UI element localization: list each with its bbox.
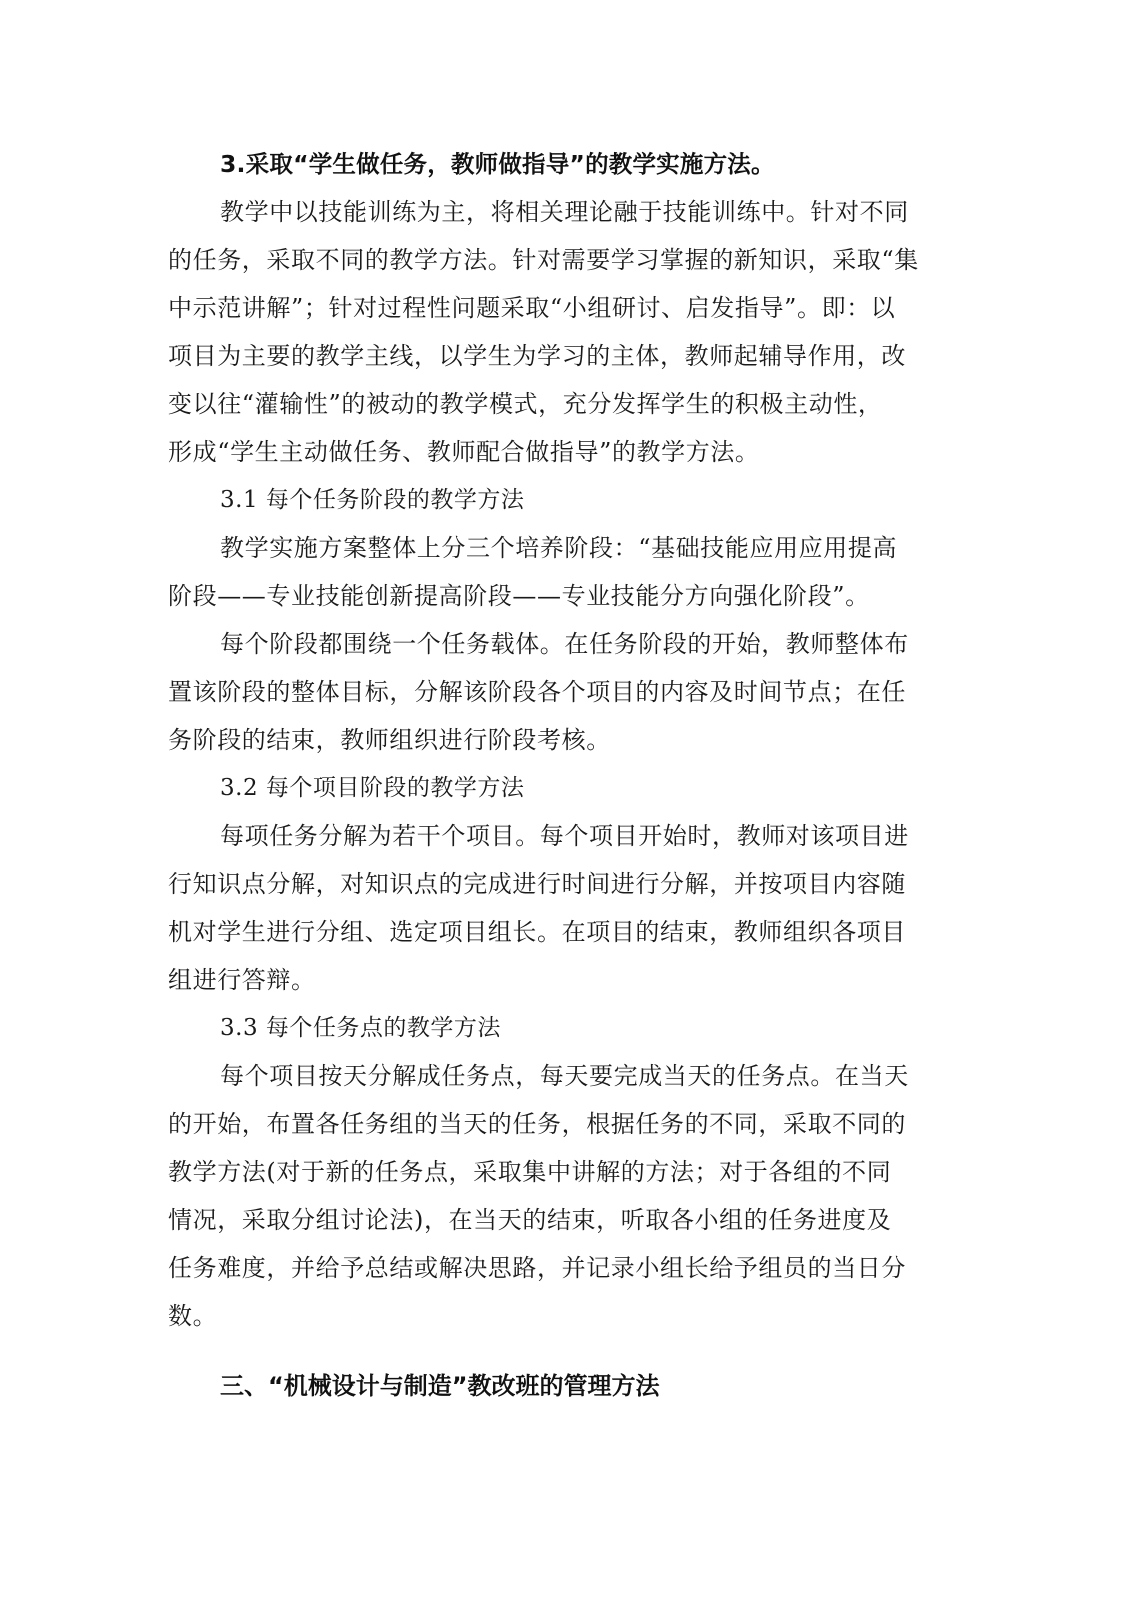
paragraph-line: 的任务，采取不同的教学方法。针对需要学习掌握的新知识，采取“集	[168, 236, 942, 284]
paragraph-line: 务阶段的结束，教师组织进行阶段考核。	[168, 716, 942, 764]
document-page: 3.采取“学生做任务，教师做指导”的教学实施方法。 教学中以技能训练为主，将相关…	[168, 140, 942, 1410]
subheading-3-3: 3.3 每个任务点的教学方法	[168, 1004, 942, 1052]
paragraph-line: 任务难度，并给予总结或解决思路，并记录小组长给予组员的当日分	[168, 1244, 942, 1292]
paragraph-line: 变以往“灌输性”的被动的教学模式，充分发挥学生的积极主动性，	[168, 380, 942, 428]
paragraph-line: 每个项目按天分解成任务点，每天要完成当天的任务点。在当天	[168, 1052, 942, 1100]
subheading-3-1: 3.1 每个任务阶段的教学方法	[168, 476, 942, 524]
paragraph-line: 置该阶段的整体目标，分解该阶段各个项目的内容及时间节点；在任	[168, 668, 942, 716]
paragraph-line: 每项任务分解为若干个项目。每个项目开始时，教师对该项目进	[168, 812, 942, 860]
paragraph-line: 每个阶段都围绕一个任务载体。在任务阶段的开始，教师整体布	[168, 620, 942, 668]
paragraph-line: 形成“学生主动做任务、教师配合做指导”的教学方法。	[168, 428, 942, 476]
paragraph-line: 教学实施方案整体上分三个培养阶段：“基础技能应用应用提高	[168, 524, 942, 572]
paragraph-3-2: 每项任务分解为若干个项目。每个项目开始时，教师对该项目进 行知识点分解，对知识点…	[168, 812, 942, 1004]
paragraph-line: 情况，采取分组讨论法)，在当天的结束，听取各小组的任务进度及	[168, 1196, 942, 1244]
paragraph-line: 项目为主要的教学主线，以学生为学习的主体，教师起辅导作用，改	[168, 332, 942, 380]
paragraph-line: 机对学生进行分组、选定项目组长。在项目的结束，教师组织各项目	[168, 908, 942, 956]
paragraph-intro: 教学中以技能训练为主，将相关理论融于技能训练中。针对不同 的任务，采取不同的教学…	[168, 188, 942, 476]
paragraph-line: 中示范讲解”；针对过程性问题采取“小组研讨、启发指导”。即：以	[168, 284, 942, 332]
subheading-3-2: 3.2 每个项目阶段的教学方法	[168, 764, 942, 812]
paragraph-line: 行知识点分解，对知识点的完成进行时间进行分解，并按项目内容随	[168, 860, 942, 908]
section-title-management-method: 三、“机械设计与制造”教改班的管理方法	[168, 1362, 942, 1410]
paragraph-line: 教学中以技能训练为主，将相关理论融于技能训练中。针对不同	[168, 188, 942, 236]
paragraph-line: 的开始，布置各任务组的当天的任务，根据任务的不同，采取不同的	[168, 1100, 942, 1148]
paragraph-3-1-stages: 教学实施方案整体上分三个培养阶段：“基础技能应用应用提高 阶段——专业技能创新提…	[168, 524, 942, 620]
heading-3-teaching-method: 3.采取“学生做任务，教师做指导”的教学实施方法。	[168, 140, 942, 188]
paragraph-line: 数。	[168, 1292, 942, 1340]
paragraph-line: 组进行答辩。	[168, 956, 942, 1004]
paragraph-3-1-carrier: 每个阶段都围绕一个任务载体。在任务阶段的开始，教师整体布 置该阶段的整体目标，分…	[168, 620, 942, 764]
paragraph-line: 教学方法(对于新的任务点，采取集中讲解的方法；对于各组的不同	[168, 1148, 942, 1196]
paragraph-3-3: 每个项目按天分解成任务点，每天要完成当天的任务点。在当天 的开始，布置各任务组的…	[168, 1052, 942, 1340]
paragraph-line: 阶段——专业技能创新提高阶段——专业技能分方向强化阶段”。	[168, 572, 942, 620]
